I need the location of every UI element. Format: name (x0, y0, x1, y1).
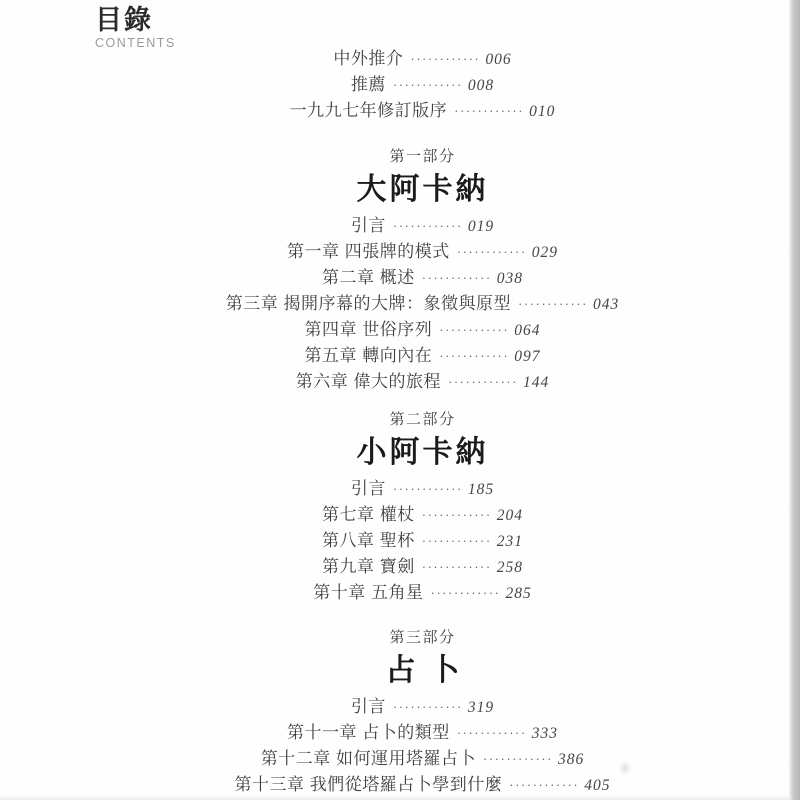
page-header: 目錄 CONTENTS (95, 5, 176, 51)
toc-entry: 第十二章 如何運用塔羅占卜············386 (45, 746, 800, 772)
toc-entry: 第六章 偉大的旅程············144 (45, 369, 800, 395)
dot-leader: ············ (422, 502, 492, 528)
toc-entry: 第一章 四張牌的模式············029 (45, 239, 800, 265)
part-label: 第一部分 (45, 147, 800, 167)
toc-entry: 第八章 聖杯············231 (45, 528, 800, 554)
toc-entry: 第九章 寶劍············258 (45, 554, 800, 580)
page-title: 目錄 (95, 5, 176, 35)
toc-entry-page: 204 (497, 507, 523, 524)
toc-entry: 第十一章 占卜的類型············333 (45, 720, 800, 746)
toc-entry-label: 第十一章 占卜的類型 (287, 723, 450, 742)
toc-entry-page: 185 (468, 481, 494, 498)
toc-entry: 第五章 轉向內在············097 (45, 343, 800, 369)
toc-entry-page: 258 (497, 559, 523, 576)
part-title: 占卜 (45, 648, 800, 694)
dot-leader: ············ (422, 528, 492, 554)
dot-leader: ············ (439, 317, 509, 343)
dot-leader: ············ (410, 46, 480, 72)
toc-entry-page: 019 (468, 218, 494, 235)
toc-entry-label: 第四章 世俗序列 (305, 320, 433, 339)
toc-entry: 第二章 概述············038 (45, 265, 800, 291)
toc-entry-page: 144 (523, 374, 549, 391)
toc-entry-page: 405 (584, 777, 610, 794)
dot-leader: ············ (393, 694, 463, 720)
toc-entry: 第三章 揭開序幕的大牌：象徵與原型············043 (45, 291, 800, 317)
dot-leader: ············ (448, 369, 518, 395)
toc-entry: 一九九七年修訂版序············010 (45, 98, 800, 124)
dot-leader: ············ (454, 98, 524, 124)
table-of-contents: 中外推介············006 推薦············008 一九… (0, 46, 800, 798)
toc-entry-label: 第十二章 如何運用塔羅占卜 (261, 749, 476, 768)
toc-entry: 第十章 五角星············285 (45, 580, 800, 606)
toc-entry-page: 010 (529, 103, 555, 120)
dot-leader: ············ (457, 239, 527, 265)
dot-leader: ············ (393, 476, 463, 502)
part-title: 小阿卡納 (45, 430, 800, 476)
toc-entry-page: 097 (514, 348, 540, 365)
toc-entry-page: 319 (468, 699, 494, 716)
toc-entry-label: 中外推介 (333, 49, 403, 68)
toc-page: 目錄 CONTENTS 中外推介············006 推薦······… (0, 0, 800, 800)
toc-part-1: 第一部分 大阿卡納 引言············019 第一章 四張牌的模式··… (45, 147, 800, 395)
toc-entry: 引言············185 (45, 476, 800, 502)
toc-entry-label: 第八章 聖杯 (322, 531, 415, 550)
toc-entry-page: 038 (497, 270, 523, 287)
toc-entry: 中外推介············006 (45, 46, 800, 72)
toc-entry-label: 第二章 概述 (322, 268, 415, 287)
toc-entry-page: 064 (514, 322, 540, 339)
toc-entry-label: 第五章 轉向內在 (305, 346, 433, 365)
toc-entry-label: 第十三章 我們從塔羅占卜學到什麼 (235, 775, 503, 794)
dot-leader: ············ (457, 720, 527, 746)
dot-leader: ············ (422, 265, 492, 291)
dot-leader: ············ (431, 580, 501, 606)
toc-entry-page: 231 (497, 533, 523, 550)
scan-smudge-artifact (618, 760, 632, 776)
dot-leader: ············ (483, 746, 553, 772)
toc-entry-label: 第一章 四張牌的模式 (287, 242, 450, 261)
toc-entry-label: 引言 (351, 216, 386, 235)
toc-entry-label: 第三章 揭開序幕的大牌：象徵與原型 (226, 294, 511, 313)
toc-part-3: 第三部分 占卜 引言············319 第十一章 占卜的類型····… (45, 628, 800, 798)
toc-entry-page: 285 (505, 585, 531, 602)
toc-entry: 引言············019 (45, 213, 800, 239)
part-title: 大阿卡納 (45, 167, 800, 213)
toc-entry-label: 引言 (351, 479, 386, 498)
toc-entry-page: 386 (558, 751, 584, 768)
toc-entry-label: 引言 (351, 697, 386, 716)
toc-entry: 第七章 權杖············204 (45, 502, 800, 528)
toc-entry: 推薦············008 (45, 72, 800, 98)
part-label: 第二部分 (45, 410, 800, 430)
toc-entry-page: 006 (485, 51, 511, 68)
scan-edge-bottom (0, 795, 800, 800)
toc-part-2: 第二部分 小阿卡納 引言············185 第七章 權杖······… (45, 410, 800, 606)
toc-entry-page: 333 (532, 725, 558, 742)
toc-entry-label: 第十章 五角星 (313, 583, 423, 602)
toc-entry-page: 008 (468, 77, 494, 94)
toc-entry-page: 043 (593, 296, 619, 313)
toc-entry-page: 029 (532, 244, 558, 261)
toc-entry: 引言············319 (45, 694, 800, 720)
toc-entry: 第四章 世俗序列············064 (45, 317, 800, 343)
toc-entry-label: 一九九七年修訂版序 (290, 101, 448, 120)
toc-entry-label: 第七章 權杖 (322, 505, 415, 524)
toc-entry-label: 第九章 寶劍 (322, 557, 415, 576)
toc-entry-label: 推薦 (351, 75, 386, 94)
scan-edge-right (789, 0, 800, 800)
dot-leader: ············ (393, 213, 463, 239)
dot-leader: ············ (393, 72, 463, 98)
toc-entry-label: 第六章 偉大的旅程 (296, 372, 441, 391)
dot-leader: ············ (422, 554, 492, 580)
dot-leader: ············ (518, 291, 588, 317)
dot-leader: ············ (439, 343, 509, 369)
part-label: 第三部分 (45, 628, 800, 648)
